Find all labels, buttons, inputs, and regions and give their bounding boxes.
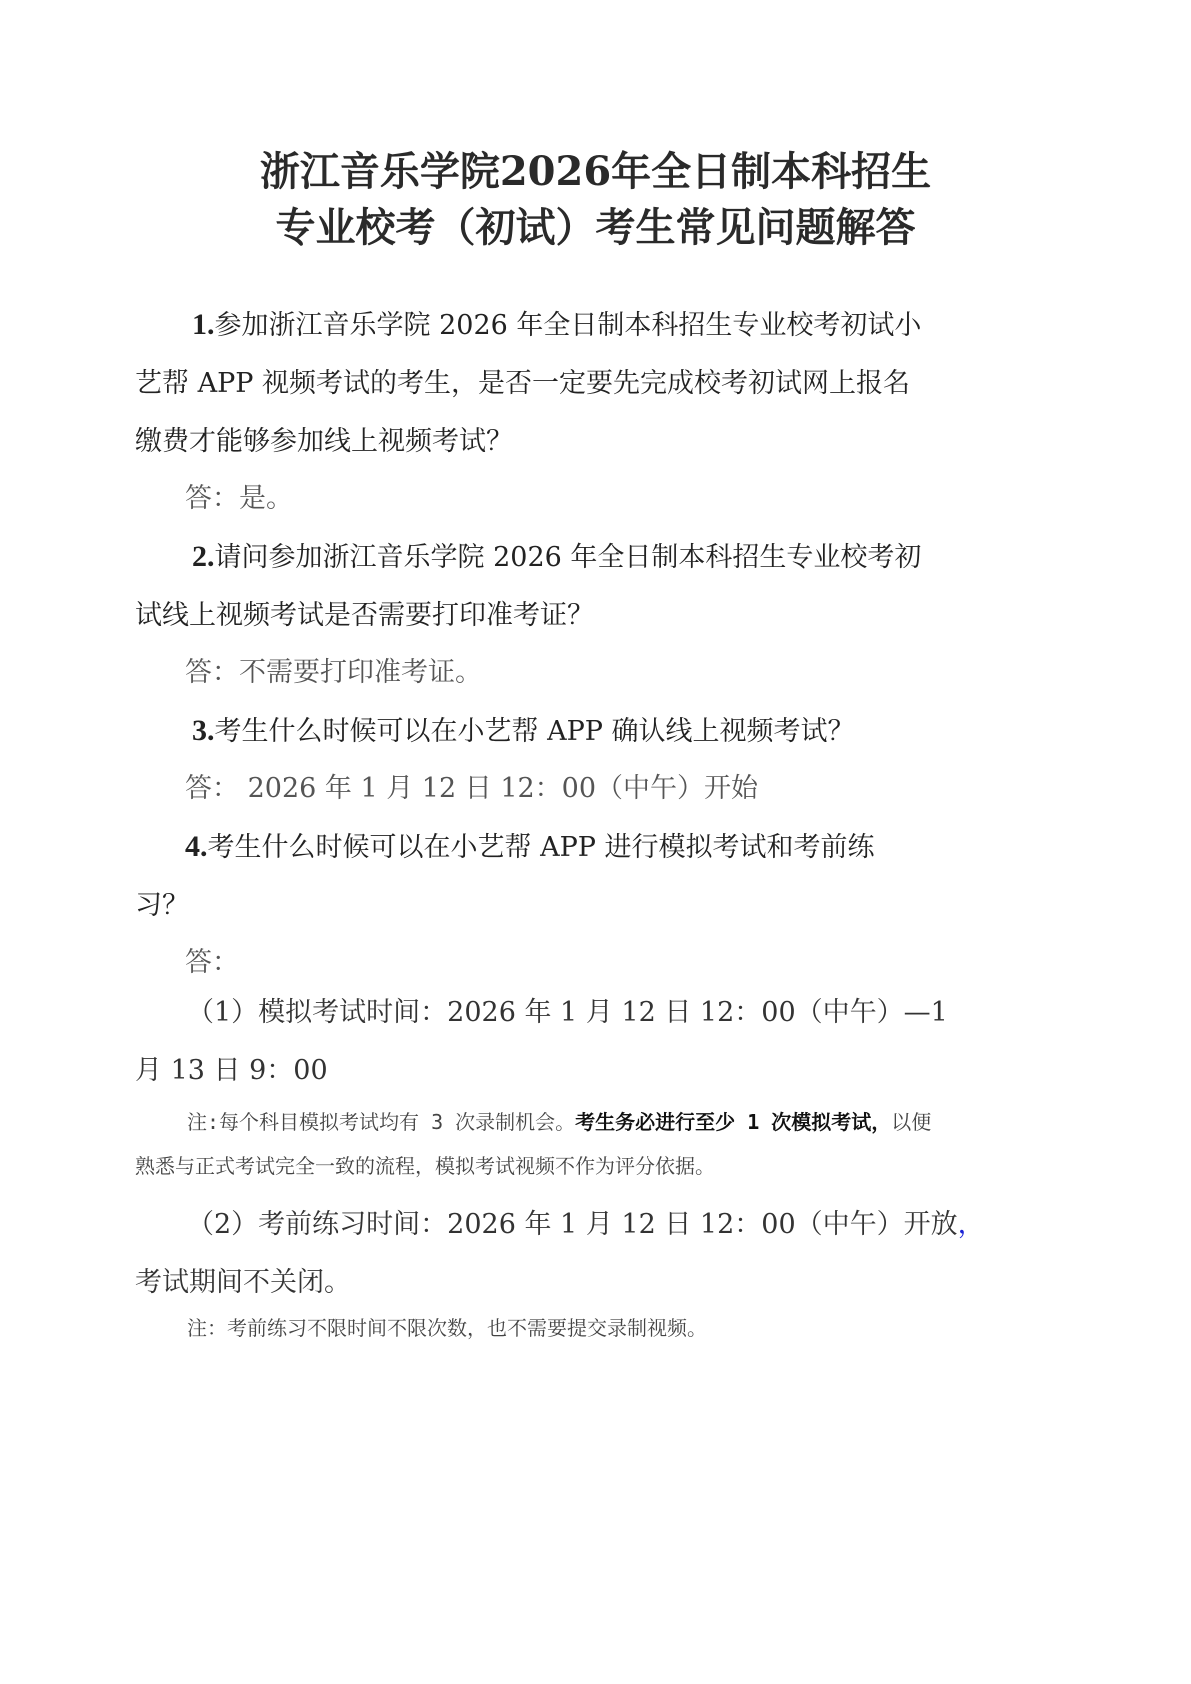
note-emphasis: 考生务必进行至少 1 次模拟考试， bbox=[575, 1110, 891, 1134]
practice-note: 注：考前练习不限时间不限次数，也不需要提交录制视频。 bbox=[135, 1306, 1057, 1350]
mock-exam-line: 月 13 日 9：00 bbox=[135, 1042, 1057, 1100]
note-text: 注:每个科目模拟考试均有 3 次录制机会。 bbox=[187, 1110, 575, 1134]
faq-question-3: 3.考生什么时候可以在小艺帮 APP 确认线上视频考试？ bbox=[135, 702, 1057, 761]
question-text-line: 考生什么时候可以在小艺帮 APP 确认线上视频考试？ bbox=[215, 716, 855, 747]
faq-question-2: 2.请问参加浙江音乐学院 2026 年全日制本科招生专业校考初 试线上视频考试是… bbox=[135, 528, 1057, 645]
document-page: 浙江音乐学院2026年全日制本科招生 专业校考（初试）考生常见问题解答 1.参加… bbox=[0, 0, 1191, 1684]
note-text: 熟悉与正式考试完全一致的流程，模拟考试视频不作为评分依据。 bbox=[135, 1144, 1057, 1188]
question-number: 3. bbox=[192, 714, 215, 747]
answer-item-practice: （2）考前练习时间：2026 年 1 月 12 日 12：00（中午）开放， 考… bbox=[135, 1196, 1057, 1312]
mock-exam-line: （1）模拟考试时间：2026 年 1 月 12 日 12：00（中午）—1 bbox=[135, 984, 1057, 1042]
practice-line: （2）考前练习时间：2026 年 1 月 12 日 12：00（中午）开放 bbox=[187, 1209, 958, 1240]
faq-question-1: 1.参加浙江音乐学院 2026 年全日制本科招生专业校考初试小 艺帮 APP 视… bbox=[135, 296, 1057, 471]
question-text-line: 艺帮 APP 视频考试的考生，是否一定要先完成校考初试网上报名 bbox=[135, 355, 1057, 413]
answer-item-mock-exam: （1）模拟考试时间：2026 年 1 月 12 日 12：00（中午）—1 月 … bbox=[135, 984, 1057, 1100]
faq-question-4: 4.考生什么时候可以在小艺帮 APP 进行模拟考试和考前练 习？ bbox=[135, 818, 1057, 935]
question-text-line: 习？ bbox=[135, 877, 1057, 935]
practice-line: 考试期间不关闭。 bbox=[135, 1254, 1057, 1312]
question-number: 1. bbox=[192, 308, 215, 341]
question-text-line: 缴费才能够参加线上视频考试？ bbox=[135, 413, 1057, 471]
page-title-line-1: 浙江音乐学院2026年全日制本科招生 bbox=[0, 140, 1191, 197]
question-number: 2. bbox=[192, 540, 215, 573]
faq-answer-1: 答：是。 bbox=[135, 470, 1057, 528]
question-text-line: 试线上视频考试是否需要打印准考证？ bbox=[135, 587, 1057, 645]
mock-exam-note: 注:每个科目模拟考试均有 3 次录制机会。考生务必进行至少 1 次模拟考试，以便… bbox=[135, 1100, 1057, 1188]
question-text-line: 考生什么时候可以在小艺帮 APP 进行模拟考试和考前练 bbox=[208, 832, 875, 863]
question-text-line: 参加浙江音乐学院 2026 年全日制本科招生专业校考初试小 bbox=[215, 310, 922, 341]
question-text-line: 请问参加浙江音乐学院 2026 年全日制本科招生专业校考初 bbox=[215, 542, 922, 573]
faq-answer-3: 答： 2026 年 1 月 12 日 12：00（中午）开始 bbox=[135, 760, 1057, 818]
question-number: 4. bbox=[185, 830, 208, 863]
note-text: 以便 bbox=[891, 1110, 931, 1134]
page-title-line-2: 专业校考（初试）考生常见问题解答 bbox=[0, 196, 1191, 253]
faq-answer-2: 答：不需要打印准考证。 bbox=[135, 644, 1057, 702]
highlighted-comma: ， bbox=[958, 1209, 985, 1240]
